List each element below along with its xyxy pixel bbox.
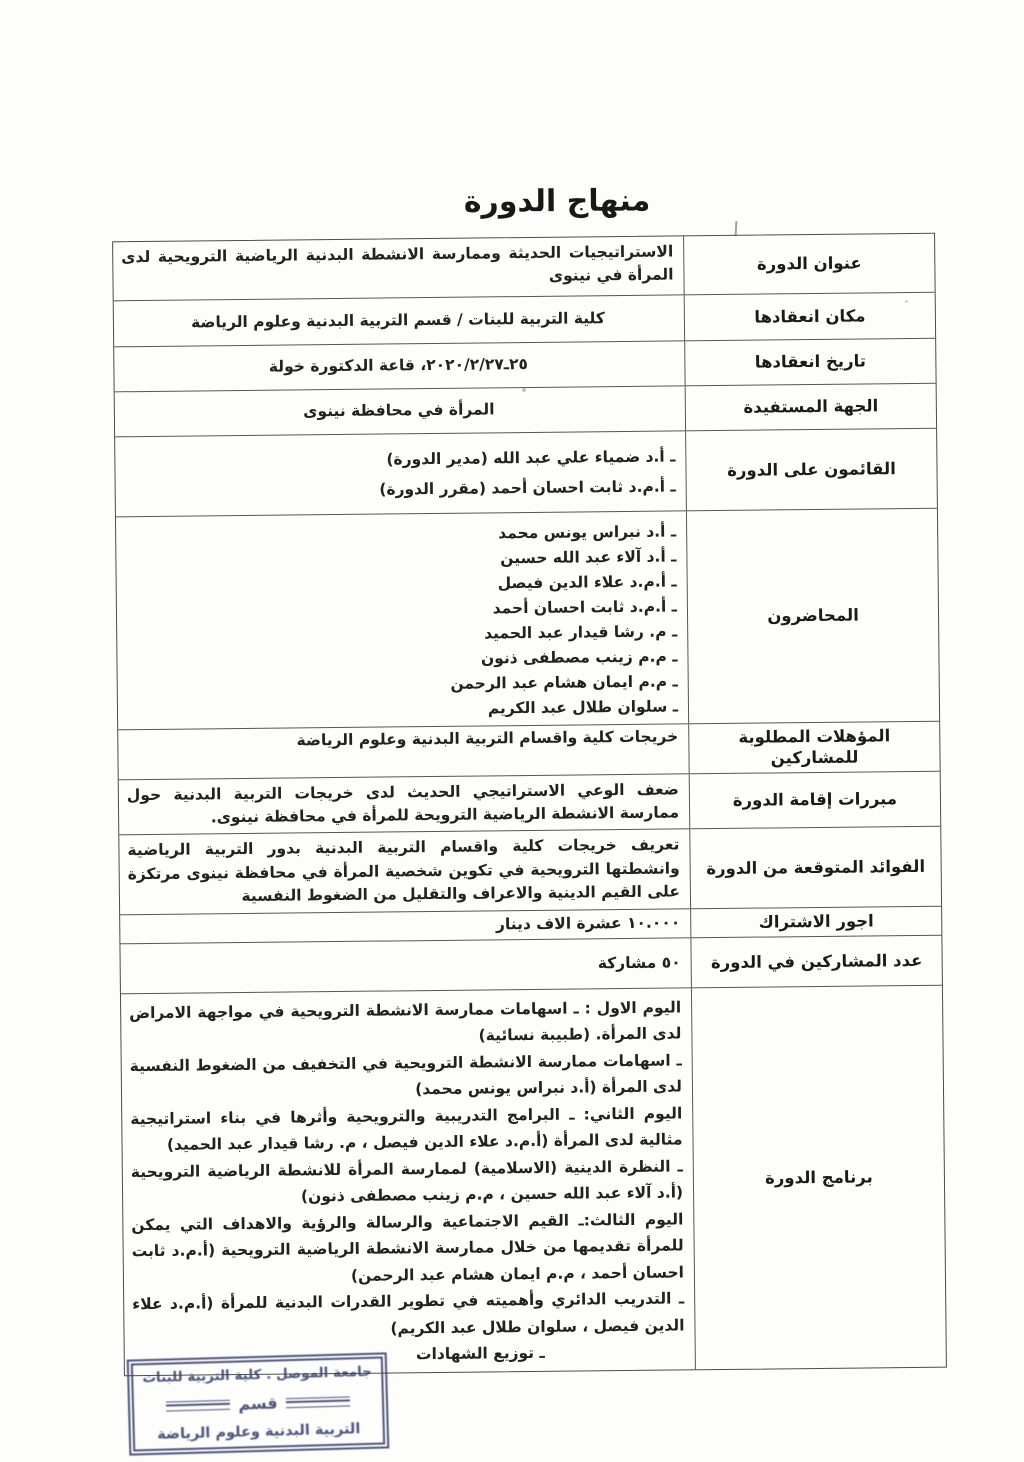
list-item: ـ سلوان طلال عبد الكريم xyxy=(126,694,678,725)
organizers-list: ـ أ.د ضمياء علي عبد الله (مدير الدورة) ـ… xyxy=(115,431,686,516)
table-row-organizers: القائمون على الدورة ـ أ.د ضمياء علي عبد … xyxy=(115,428,937,517)
row-label: اجور الاشتراك xyxy=(690,907,941,937)
row-value-cell: الاستراتيجيات الحديثة وممارسة الانشطة ال… xyxy=(113,236,684,300)
table-row-lecturers: المحاضرون ـ أ.د نبراس يونس محمد ـ أ.د آل… xyxy=(116,508,939,730)
row-label: تاريخ انعقادها xyxy=(684,339,935,386)
program-paragraphs: اليوم الاول : ـ اسهامات ممارسة الانشطة ا… xyxy=(121,988,695,1375)
row-value: تعريف خريجات كلية واقسام التربية البدنية… xyxy=(127,834,680,910)
stamp-department-text: قسم xyxy=(238,1393,278,1413)
row-label: القائمون على الدورة xyxy=(685,429,937,511)
stamp-line-department-name: التربية البدنية وعلوم الرياضة xyxy=(157,1421,361,1443)
row-value: ٢٥ـ٢٠٢٠/٢/٢٧، قاعة الدكتورة خولة xyxy=(269,353,528,379)
row-value: المرأة في محافظة نينوى xyxy=(303,399,495,424)
course-table-wrapper: عنوان الدورة الاستراتيجيات الحديثة وممار… xyxy=(112,233,947,1376)
program-paragraph: ـ اسهامات ممارسة الانشطة الترويحية في ال… xyxy=(130,1047,683,1106)
table-row-expected-benefits: الفوائد المتوقعة من الدورة تعريف خريجات … xyxy=(119,826,941,915)
stamp-decorative-lines-icon xyxy=(285,1396,349,1408)
scanned-document-page: منهاج الدورة عنوان الدورة الاستراتيجيات … xyxy=(0,0,1024,1462)
row-label: المؤهلات المطلوبة للمشاركين xyxy=(688,722,939,774)
row-value-cell: تعريف خريجات كلية واقسام التربية البدنية… xyxy=(119,830,690,915)
program-paragraph: ـ النظرة الدينية (الاسلامية) لممارسة الم… xyxy=(131,1153,684,1212)
row-label: عدد المشاركين في الدورة xyxy=(690,936,941,988)
department-stamp: جامعة الموصل . كلية التربية للبنات قسم ا… xyxy=(127,1352,390,1455)
program-paragraph: اليوم الاول : ـ اسهامات ممارسة الانشطة ا… xyxy=(129,994,682,1053)
row-label: مكان انعقادها xyxy=(684,293,935,341)
row-label: برنامج الدورة xyxy=(691,986,946,1370)
row-value-cell: المرأة في محافظة نينوى xyxy=(115,386,685,436)
row-value-cell: ضعف الوعي الاستراتيجي الحديث لدى خريجات … xyxy=(119,774,690,834)
stamp-line-department-word: قسم xyxy=(138,1391,378,1417)
table-row-justifications: مبررات إقامة الدورة ضعف الوعي الاستراتيج… xyxy=(119,771,941,835)
row-label: الجهة المستفيدة xyxy=(685,384,936,431)
table-row-qualifications: المؤهلات المطلوبة للمشاركين خريجات كلية … xyxy=(118,721,939,779)
scan-artifact-tick xyxy=(735,221,738,236)
row-value: الاستراتيجيات الحديثة وممارسة الانشطة ال… xyxy=(121,240,673,292)
row-value: ١٠.٠٠٠ عشرة الاف دينار xyxy=(496,912,680,937)
table-row-course-title: عنوان الدورة الاستراتيجيات الحديثة وممار… xyxy=(113,234,935,301)
row-value: ضعف الوعي الاستراتيجي الحديث لدى خريجات … xyxy=(127,778,679,830)
table-row-program: برنامج الدورة اليوم الاول : ـ اسهامات مم… xyxy=(121,985,946,1376)
row-value: كلية التربية للبنات / قسم التربية البدني… xyxy=(191,307,605,335)
stamp-decorative-lines-icon xyxy=(166,1399,230,1411)
lecturers-list: ـ أ.د نبراس يونس محمد ـ أ.د آلاء عبد الل… xyxy=(116,511,688,729)
program-paragraph: ـ التدريب الدائري وأهميته في تطوير القدر… xyxy=(132,1286,685,1345)
table-row-venue: مكان انعقادها كلية التربية للبنات / قسم … xyxy=(114,292,935,347)
row-value: خريجات كلية واقسام التربية البدنية وعلوم… xyxy=(258,727,678,750)
program-paragraph: اليوم الثالث:ـ القيم الاجتماعية والرسالة… xyxy=(131,1206,684,1291)
page-title: منهاج الدورة xyxy=(45,180,1024,222)
table-row-date: تاريخ انعقادها ٢٥ـ٢٠٢٠/٢/٢٧، قاعة الدكتو… xyxy=(114,338,935,392)
row-value-cell: خريجات كلية واقسام التربية البدنية وعلوم… xyxy=(118,724,688,779)
row-value-cell: ٥٠ مشاركة xyxy=(120,938,690,993)
row-label: مبررات إقامة الدورة xyxy=(689,772,941,829)
table-row-beneficiary: الجهة المستفيدة المرأة في محافظة نينوى xyxy=(115,383,936,437)
program-paragraph: اليوم الثاني: ـ البرامج التدريبية والترو… xyxy=(130,1100,683,1159)
stamp-line-university: جامعة الموصل . كلية التربية للبنات xyxy=(142,1364,372,1386)
row-value-cell: ٢٥ـ٢٠٢٠/٢/٢٧، قاعة الدكتورة خولة xyxy=(114,341,684,391)
row-label: المحاضرون xyxy=(686,509,939,724)
row-label: الفوائد المتوقعة من الدورة xyxy=(689,827,941,909)
row-value: ٥٠ مشاركة xyxy=(598,951,681,975)
list-item: ـ أ.م.د ثابت احسان أحمد (مقرر الدورة) xyxy=(124,471,676,507)
table-row-participants-count: عدد المشاركين في الدورة ٥٠ مشاركة xyxy=(120,935,941,994)
row-value-cell: كلية التربية للبنات / قسم التربية البدني… xyxy=(114,295,684,346)
course-info-table: عنوان الدورة الاستراتيجيات الحديثة وممار… xyxy=(112,233,947,1376)
row-label: عنوان الدورة xyxy=(683,234,935,295)
